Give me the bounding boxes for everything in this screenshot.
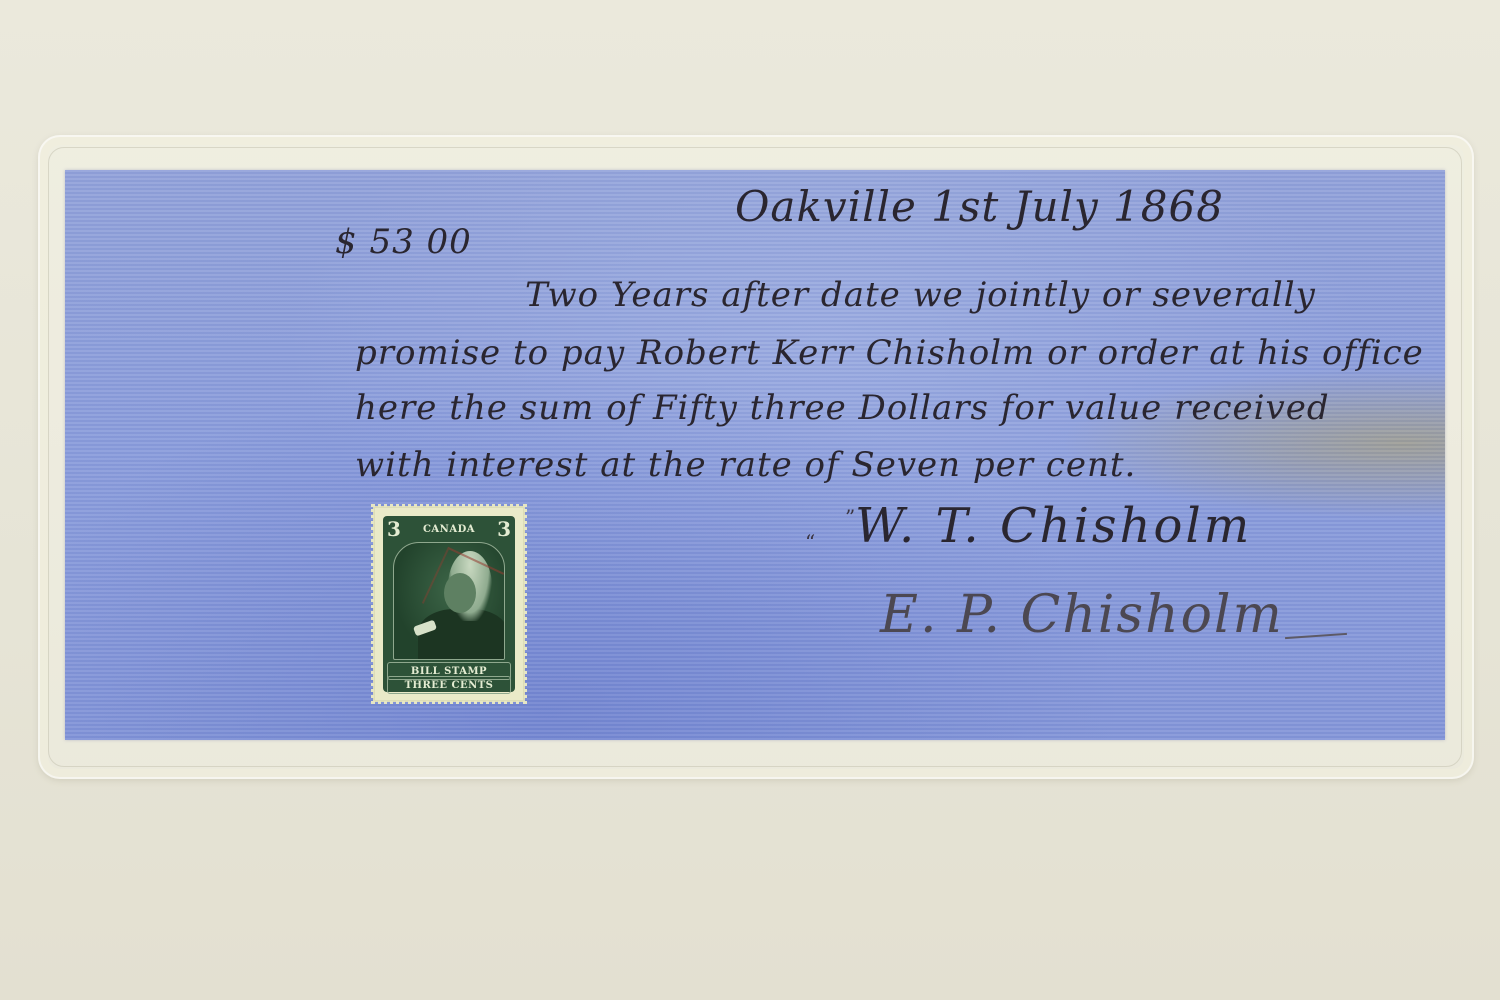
stamp-numeral-left: 3 (387, 517, 401, 541)
note-body-line-1: Two Years after date we jointly or sever… (525, 275, 1316, 315)
stamp-numeral-right: 3 (497, 517, 511, 541)
signature-mark: ” (845, 505, 855, 529)
note-body-line-4: with interest at the rate of Seven per c… (355, 445, 1136, 485)
queen-portrait-icon (393, 542, 505, 660)
stamp-frame: 3 CANADA 3 BILL STAMP THREE CENTS (383, 516, 515, 692)
stamp-header: 3 CANADA 3 (383, 518, 515, 540)
signature-second: E. P. Chisholm (880, 585, 1284, 645)
signature-first: W. T. Chisholm (855, 498, 1252, 554)
revenue-stamp: 3 CANADA 3 BILL STAMP THREE CENTS (375, 508, 523, 700)
note-body-line-3: here the sum of Fifty three Dollars for … (355, 388, 1330, 428)
signature-mark: “ (805, 530, 815, 554)
note-amount: $ 53 00 (335, 222, 472, 262)
stamp-label-value: THREE CENTS (387, 676, 511, 694)
stamp-country: CANADA (423, 524, 475, 535)
note-body-line-2: promise to pay Robert Kerr Chisholm or o… (355, 333, 1424, 373)
place-and-date: Oakville 1st July 1868 (735, 182, 1224, 231)
